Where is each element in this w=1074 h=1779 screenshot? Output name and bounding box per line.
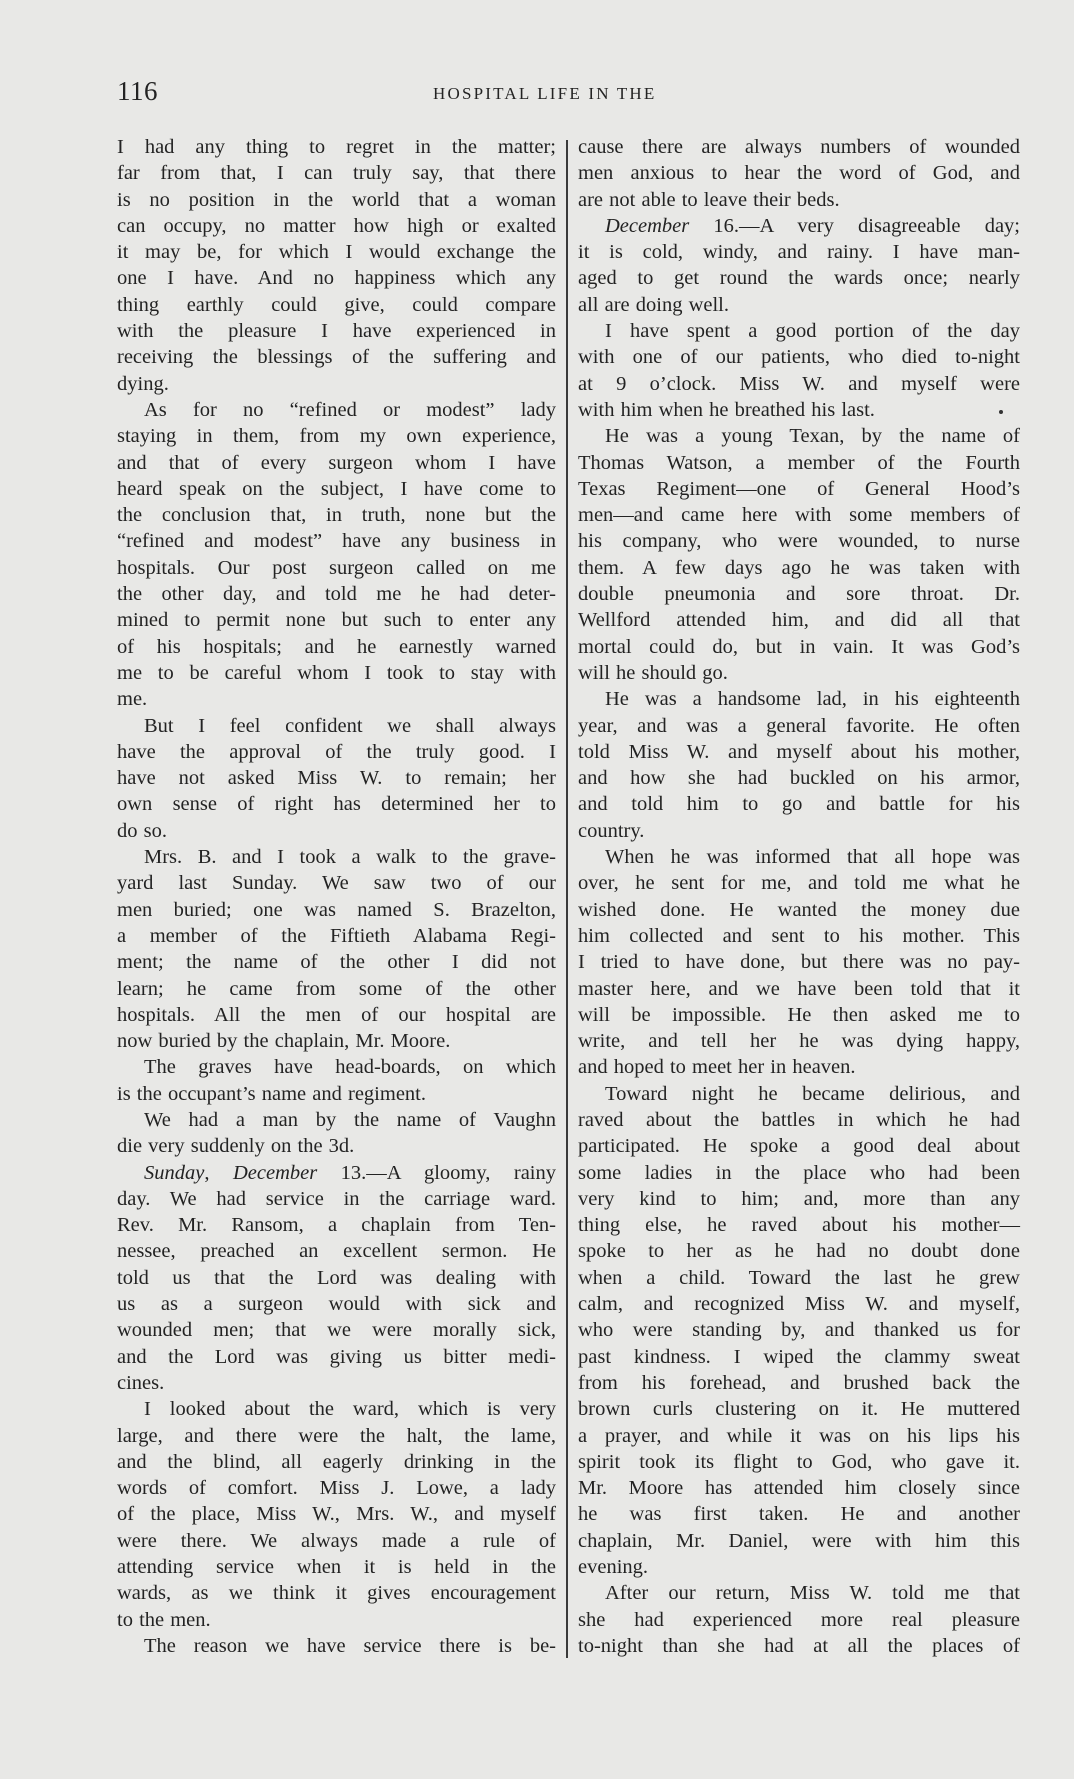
text-line: will he should go. [578,660,1020,686]
text-line: when a child. Toward the last he grew [578,1265,1020,1291]
text-line: thing earthly could give, could compare [117,292,556,318]
text-line: his company, who were wounded, to nurse [578,528,1020,554]
entry-month: December [233,1162,317,1184]
text-line: and how she had buckled on his armor, [578,765,1020,791]
text-line: staying in them, from my own experience, [117,423,556,449]
column-divider [566,140,568,1658]
text-line: words of comfort. Miss J. Lowe, a lady [117,1475,556,1501]
text-line: Thomas Watson, a member of the Fourth [578,450,1020,476]
text-line: master here, and we have been told that … [578,976,1020,1002]
text-line: told us that the Lord was dealing with [117,1265,556,1291]
text-line: raved about the battles in which he had [578,1107,1020,1133]
text-line: the other day, and told me he had deter- [117,581,556,607]
text-line: us as a surgeon would with sick and [117,1291,556,1317]
text-line: “refined and modest” have any business i… [117,528,556,554]
text-line: past kindness. I wiped the clammy sweat [578,1344,1020,1370]
text-line: is the occupant’s name and regiment. [117,1081,556,1107]
text-line: and that of every surgeon whom I have [117,450,556,476]
paragraph-start-line: I looked about the ward, which is very [117,1396,556,1422]
text-line: large, and there were the halt, the lame… [117,1423,556,1449]
text-line: hospitals. Our post surgeon called on me [117,555,556,581]
text-line: a member of the Fiftieth Alabama Regi- [117,923,556,949]
text-line: Mr. Moore has attended him closely since [578,1475,1020,1501]
text-line: mortal could do, but in vain. It was God… [578,634,1020,660]
text-line: do so. [117,818,556,844]
right-column: cause there are always numbers of wounde… [578,134,1020,1659]
text-line: of the place, Miss W., Mrs. W., and myse… [117,1501,556,1527]
text-line: wounded men; that we were morally sick, [117,1317,556,1343]
text-line: men—and came here with some members of [578,502,1020,528]
text-line: spirit took its flight to God, who gave … [578,1449,1020,1475]
text-line: receiving the blessings of the suffering… [117,344,556,370]
text-line: Rev. Mr. Ransom, a chaplain from Ten- [117,1212,556,1238]
text-line: men anxious to hear the word of God, and [578,160,1020,186]
text-line: a prayer, and while it was on his lips h… [578,1423,1020,1449]
text-line: over, he sent for me, and told me what h… [578,870,1020,896]
text-line: nessee, preached an excellent sermon. He [117,1238,556,1264]
text-line: all are doing well. [578,292,1020,318]
text-line: and the Lord was giving us bitter medi- [117,1344,556,1370]
text-line: own sense of right has determined her to [117,791,556,817]
text-line: with him when he breathed his last. [578,397,1020,423]
text-line: hospitals. All the men of our hospital a… [117,1002,556,1028]
text-line: are not able to leave their beds. [578,187,1020,213]
text-line: and the blind, all eagerly drinking in t… [117,1449,556,1475]
text-line: she had experienced more real pleasure [578,1607,1020,1633]
text-line: one I have. And no happiness which any [117,265,556,291]
text-line: ment; the name of the other I did not [117,949,556,975]
text-line: him collected and sent to his mother. Th… [578,923,1020,949]
paragraph-start-line: But I feel confident we shall always [117,713,556,739]
text-line: have the approval of the truly good. I [117,739,556,765]
text-line: die very suddenly on the 3d. [117,1133,556,1159]
text-line: were there. We always made a rule of [117,1528,556,1554]
text-line: men buried; one was named S. Brazelton, [117,897,556,923]
text-line: brown curls clustering on it. He muttere… [578,1396,1020,1422]
text-line: calm, and recognized Miss W. and myself, [578,1291,1020,1317]
paragraph-start-line: The reason we have service there is be- [117,1633,556,1659]
text-line: Wellford attended him, and did all that [578,607,1020,633]
text-line: write, and tell her he was dying happy, [578,1028,1020,1054]
text-line: told Miss W. and myself about his mother… [578,739,1020,765]
text-line: and told him to go and battle for his [578,791,1020,817]
paragraph-start-line: When he was informed that all hope was [578,844,1020,870]
text-line: dying. [117,371,556,397]
text-line: Texas Regiment—one of General Hood’s [578,476,1020,502]
text-line: is no position in the world that a woman [117,187,556,213]
text-line: the conclusion that, in truth, none but … [117,502,556,528]
text-line: and hoped to meet her in heaven. [578,1054,1020,1080]
text-line: from his forehead, and brushed back the [578,1370,1020,1396]
text-line: me. [117,686,556,712]
text-line: mined to permit none but such to enter a… [117,607,556,633]
text-line: them. A few days ago he was taken with [578,555,1020,581]
text-line: he was first taken. He and another [578,1501,1020,1527]
text-line: evening. [578,1554,1020,1580]
paragraph-start-line: Toward night he became delirious, and [578,1081,1020,1107]
paragraph-start-line: Mrs. B. and I took a walk to the grave- [117,844,556,870]
text-line: it is cold, windy, and rainy. I have man… [578,239,1020,265]
text-line: with one of our patients, who died to-ni… [578,344,1020,370]
text-line: chaplain, Mr. Daniel, were with him this [578,1528,1020,1554]
text-line: some ladies in the place who had been [578,1160,1020,1186]
text-line: year, and was a general favorite. He oft… [578,713,1020,739]
text-line: participated. He spoke a good deal about [578,1133,1020,1159]
text-line: me to be careful whom I took to stay wit… [117,660,556,686]
text-line: who were standing by, and thanked us for [578,1317,1020,1343]
text-line: can occupy, no matter how high or exalte… [117,213,556,239]
text-line: attending service when it is held in the [117,1554,556,1580]
page-number: 116 [117,76,158,107]
text-line: wards, as we think it gives encouragemen… [117,1580,556,1606]
text-line: very kind to him; and, more than any [578,1186,1020,1212]
paragraph-start-line: The graves have head-boards, on which [117,1054,556,1080]
text-line: wished done. He wanted the money due [578,897,1020,923]
paragraph-start-line: He was a handsome lad, in his eighteenth [578,686,1020,712]
text-line: aged to get round the wards once; nearly [578,265,1020,291]
left-column: I had any thing to regret in the matter;… [117,134,556,1659]
text-line: of his hospitals; and he earnestly warne… [117,634,556,660]
text-line: far from that, I can truly say, that the… [117,160,556,186]
entry-month: December [605,215,689,237]
text-line: to-night than she had at all the places … [578,1633,1020,1659]
text-line: have not asked Miss W. to remain; her [117,765,556,791]
running-head: HOSPITAL LIFE IN THE [433,84,657,104]
paragraph-start-line: As for no “refined or modest” lady [117,397,556,423]
dated-entry-line: Sunday, December 13.—A gloomy, rainy [117,1160,556,1186]
text-line: with the pleasure I have experienced in [117,318,556,344]
text-line: country. [578,818,1020,844]
text-line: day. We had service in the carriage ward… [117,1186,556,1212]
text-line: double pneumonia and sore throat. Dr. [578,581,1020,607]
entry-day: Sunday [144,1162,204,1184]
dated-entry-line: December 16.—A very disagreeable day; [578,213,1020,239]
text-line: it may be, for which I would exchange th… [117,239,556,265]
text-line: I had any thing to regret in the matter; [117,134,556,160]
text-line: learn; he came from some of the other [117,976,556,1002]
text-line: cause there are always numbers of wounde… [578,134,1020,160]
paragraph-start-line: We had a man by the name of Vaughn [117,1107,556,1133]
text-line: will be impossible. He then asked me to [578,1002,1020,1028]
paragraph-start-line: After our return, Miss W. told me that [578,1580,1020,1606]
text-line: I tried to have done, but there was no p… [578,949,1020,975]
text-line: heard speak on the subject, I have come … [117,476,556,502]
text-line: yard last Sunday. We saw two of our [117,870,556,896]
text-line: at 9 o’clock. Miss W. and myself were [578,371,1020,397]
text-line: now buried by the chaplain, Mr. Moore. [117,1028,556,1054]
paragraph-start-line: He was a young Texan, by the name of [578,423,1020,449]
text-line: spoke to her as he had no doubt done [578,1238,1020,1264]
paragraph-start-line: I have spent a good portion of the day [578,318,1020,344]
text-line: thing else, he raved about his mother— [578,1212,1020,1238]
text-line: to the men. [117,1607,556,1633]
text-line: cines. [117,1370,556,1396]
